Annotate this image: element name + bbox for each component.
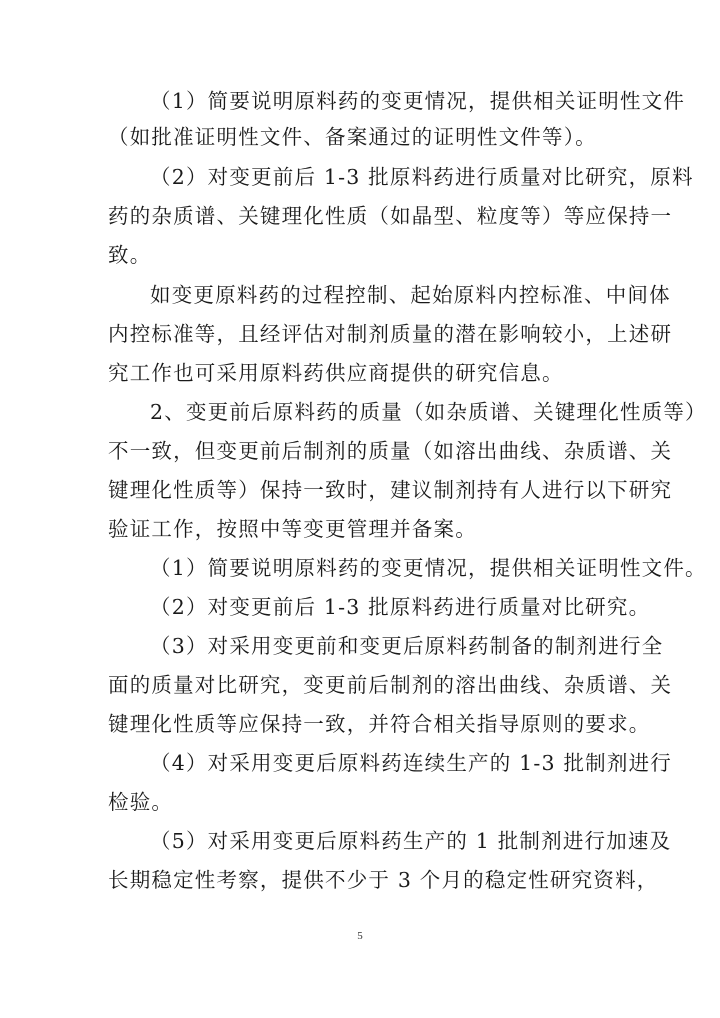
text-line: （如批准证明性文件、备案通过的证明性文件等）。 (108, 122, 636, 152)
text-line: 内控标准等，且经评估对制剂质量的潜在影响较小，上述研 (108, 319, 636, 349)
text-line: （2）对变更前后 1-3 批原料药进行质量对比研究，原料 (150, 162, 636, 192)
text-line: 2、变更前后原料药的质量（如杂质谱、关键理化性质等） (150, 397, 636, 427)
text-line: 不一致，但变更前后制剂的质量（如溶出曲线、杂质谱、关 (108, 436, 636, 466)
text-line: 致。 (108, 240, 636, 270)
text-line: 检验。 (108, 787, 636, 817)
text-line: 药的杂质谱、关键理化性质（如晶型、粒度等）等应保持一 (108, 201, 636, 231)
text-line: （3）对采用变更前和变更后原料药制备的制剂进行全 (150, 631, 636, 661)
text-line: （2）对变更前后 1-3 批原料药进行质量对比研究。 (150, 592, 636, 622)
text-line: 面的质量对比研究，变更前后制剂的溶出曲线、杂质谱、关 (108, 670, 636, 700)
text-line: （1）简要说明原料药的变更情况，提供相关证明性文件。 (150, 553, 636, 583)
document-page: （1）简要说明原料药的变更情况，提供相关证明性文件（如批准证明性文件、备案通过的… (0, 0, 720, 1018)
text-line: （1）简要说明原料药的变更情况，提供相关证明性文件 (150, 86, 636, 116)
text-line: 键理化性质等应保持一致，并符合相关指导原则的要求。 (108, 709, 636, 739)
text-line: 究工作也可采用原料药供应商提供的研究信息。 (108, 358, 636, 388)
text-line: 长期稳定性考察，提供不少于 3 个月的稳定性研究资料， (108, 865, 636, 895)
text-line: 键理化性质等）保持一致时，建议制剂持有人进行以下研究 (108, 475, 636, 505)
text-line: （5）对采用变更后原料药生产的 1 批制剂进行加速及 (150, 826, 636, 856)
text-line: 如变更原料药的过程控制、起始原料内控标准、中间体 (150, 280, 636, 310)
text-line: 验证工作，按照中等变更管理并备案。 (108, 514, 636, 544)
page-number: 5 (0, 930, 720, 942)
text-line: （4）对采用变更后原料药连续生产的 1-3 批制剂进行 (150, 748, 636, 778)
